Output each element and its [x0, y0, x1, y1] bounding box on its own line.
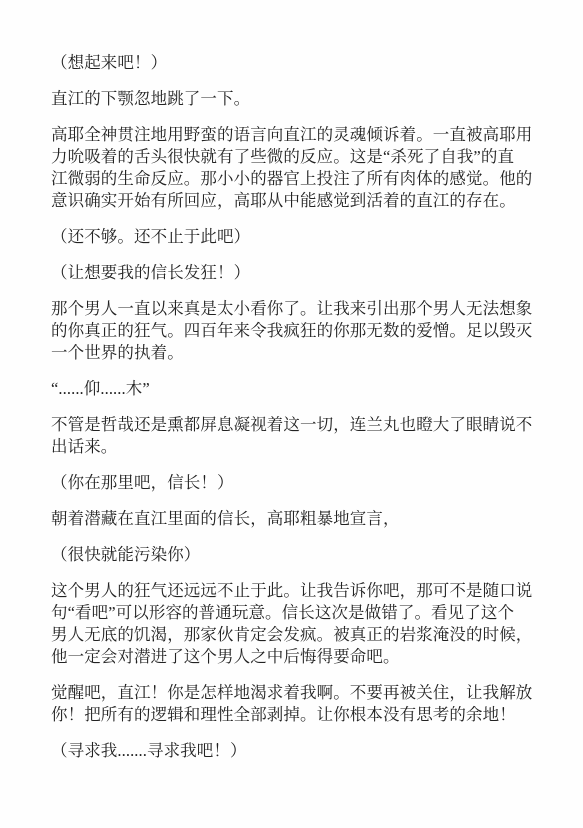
paragraph: 这个男人的狂气还远远不止于此。让我告诉你吧，那可不是随口说句“看吧”可以形容的普… [51, 580, 537, 668]
paragraph: （寻求我.......寻求我吧！） [51, 740, 537, 762]
text-line: 这个男人的狂气还远远不止于此。让我告诉你吧，那可不是随口说 [51, 580, 537, 602]
paragraph: 那个男人一直以来真是太小看你了。让我来引出那个男人无法想象的你真正的狂气。四百年… [51, 298, 537, 364]
text-line: （你在那里吧，信长！） [51, 472, 537, 494]
paragraph: 直江的下颚忽地跳了一下。 [51, 88, 537, 110]
text-line: 你！把所有的逻辑和理性全部剥掉。让你根本没有思考的余地！ [51, 704, 537, 726]
text-line: （让想要我的信长发狂！） [51, 262, 537, 284]
text-line: 觉醒吧，直江！你是怎样地渴求着我啊。不要再被关住，让我解放 [51, 682, 537, 704]
paragraph: （让想要我的信长发狂！） [51, 262, 537, 284]
paragraph: （想起来吧！） [51, 52, 537, 74]
text-line: （还不够。还不止于此吧） [51, 226, 537, 248]
text-line: 高耶全神贯注地用野蛮的语言向直江的灵魂倾诉着。一直被高耶用 [51, 124, 537, 146]
text-line: 不管是哲哉还是熏都屏息凝视着这一切，连兰丸也瞪大了眼睛说不 [51, 414, 537, 436]
text-line: 直江的下颚忽地跳了一下。 [51, 88, 537, 110]
paragraph: （还不够。还不止于此吧） [51, 226, 537, 248]
text-line: （很快就能污染你） [51, 544, 537, 566]
text-line: 出话来。 [51, 436, 537, 458]
text-line: 江微弱的生命反应。那小小的器官上投注了所有肉体的感觉。他的 [51, 168, 537, 190]
text-line: 那个男人一直以来真是太小看你了。让我来引出那个男人无法想象 [51, 298, 537, 320]
text-line: 力吮吸着的舌头很快就有了些微的反应。这是“杀死了自我”的直 [51, 146, 537, 168]
paragraph: （你在那里吧，信长！） [51, 472, 537, 494]
text-line: 一个世界的执着。 [51, 342, 537, 364]
text-line: 男人无底的饥渴，那家伙肯定会发疯。被真正的岩浆淹没的时候， [51, 624, 537, 646]
text-line: 的你真正的狂气。四百年来令我疯狂的你那无数的爱憎。足以毁灭 [51, 320, 537, 342]
paragraph: （很快就能污染你） [51, 544, 537, 566]
text-line: （寻求我.......寻求我吧！） [51, 740, 537, 762]
paragraph: 高耶全神贯注地用野蛮的语言向直江的灵魂倾诉着。一直被高耶用力吮吸着的舌头很快就有… [51, 124, 537, 212]
paragraph: “......仰......木” [51, 378, 537, 400]
text-line: 他一定会对潜进了这个男人之中后悔得要命吧。 [51, 646, 537, 668]
paragraph: 不管是哲哉还是熏都屏息凝视着这一切，连兰丸也瞪大了眼睛说不出话来。 [51, 414, 537, 458]
text-line: 意识确实开始有所回应，高耶从中能感觉到活着的直江的存在。 [51, 190, 537, 212]
document-page: （想起来吧！）直江的下颚忽地跳了一下。高耶全神贯注地用野蛮的语言向直江的灵魂倾诉… [0, 0, 583, 828]
paragraph: 觉醒吧，直江！你是怎样地渴求着我啊。不要再被关住，让我解放你！把所有的逻辑和理性… [51, 682, 537, 726]
paragraph: 朝着潜藏在直江里面的信长，高耶粗暴地宣言， [51, 508, 537, 530]
text-line: 朝着潜藏在直江里面的信长，高耶粗暴地宣言， [51, 508, 537, 530]
text-line: 句“看吧”可以形容的普通玩意。信长这次是做错了。看见了这个 [51, 602, 537, 624]
text-line: “......仰......木” [51, 378, 537, 400]
text-line: （想起来吧！） [51, 52, 537, 74]
text-body: （想起来吧！）直江的下颚忽地跳了一下。高耶全神贯注地用野蛮的语言向直江的灵魂倾诉… [51, 52, 537, 762]
